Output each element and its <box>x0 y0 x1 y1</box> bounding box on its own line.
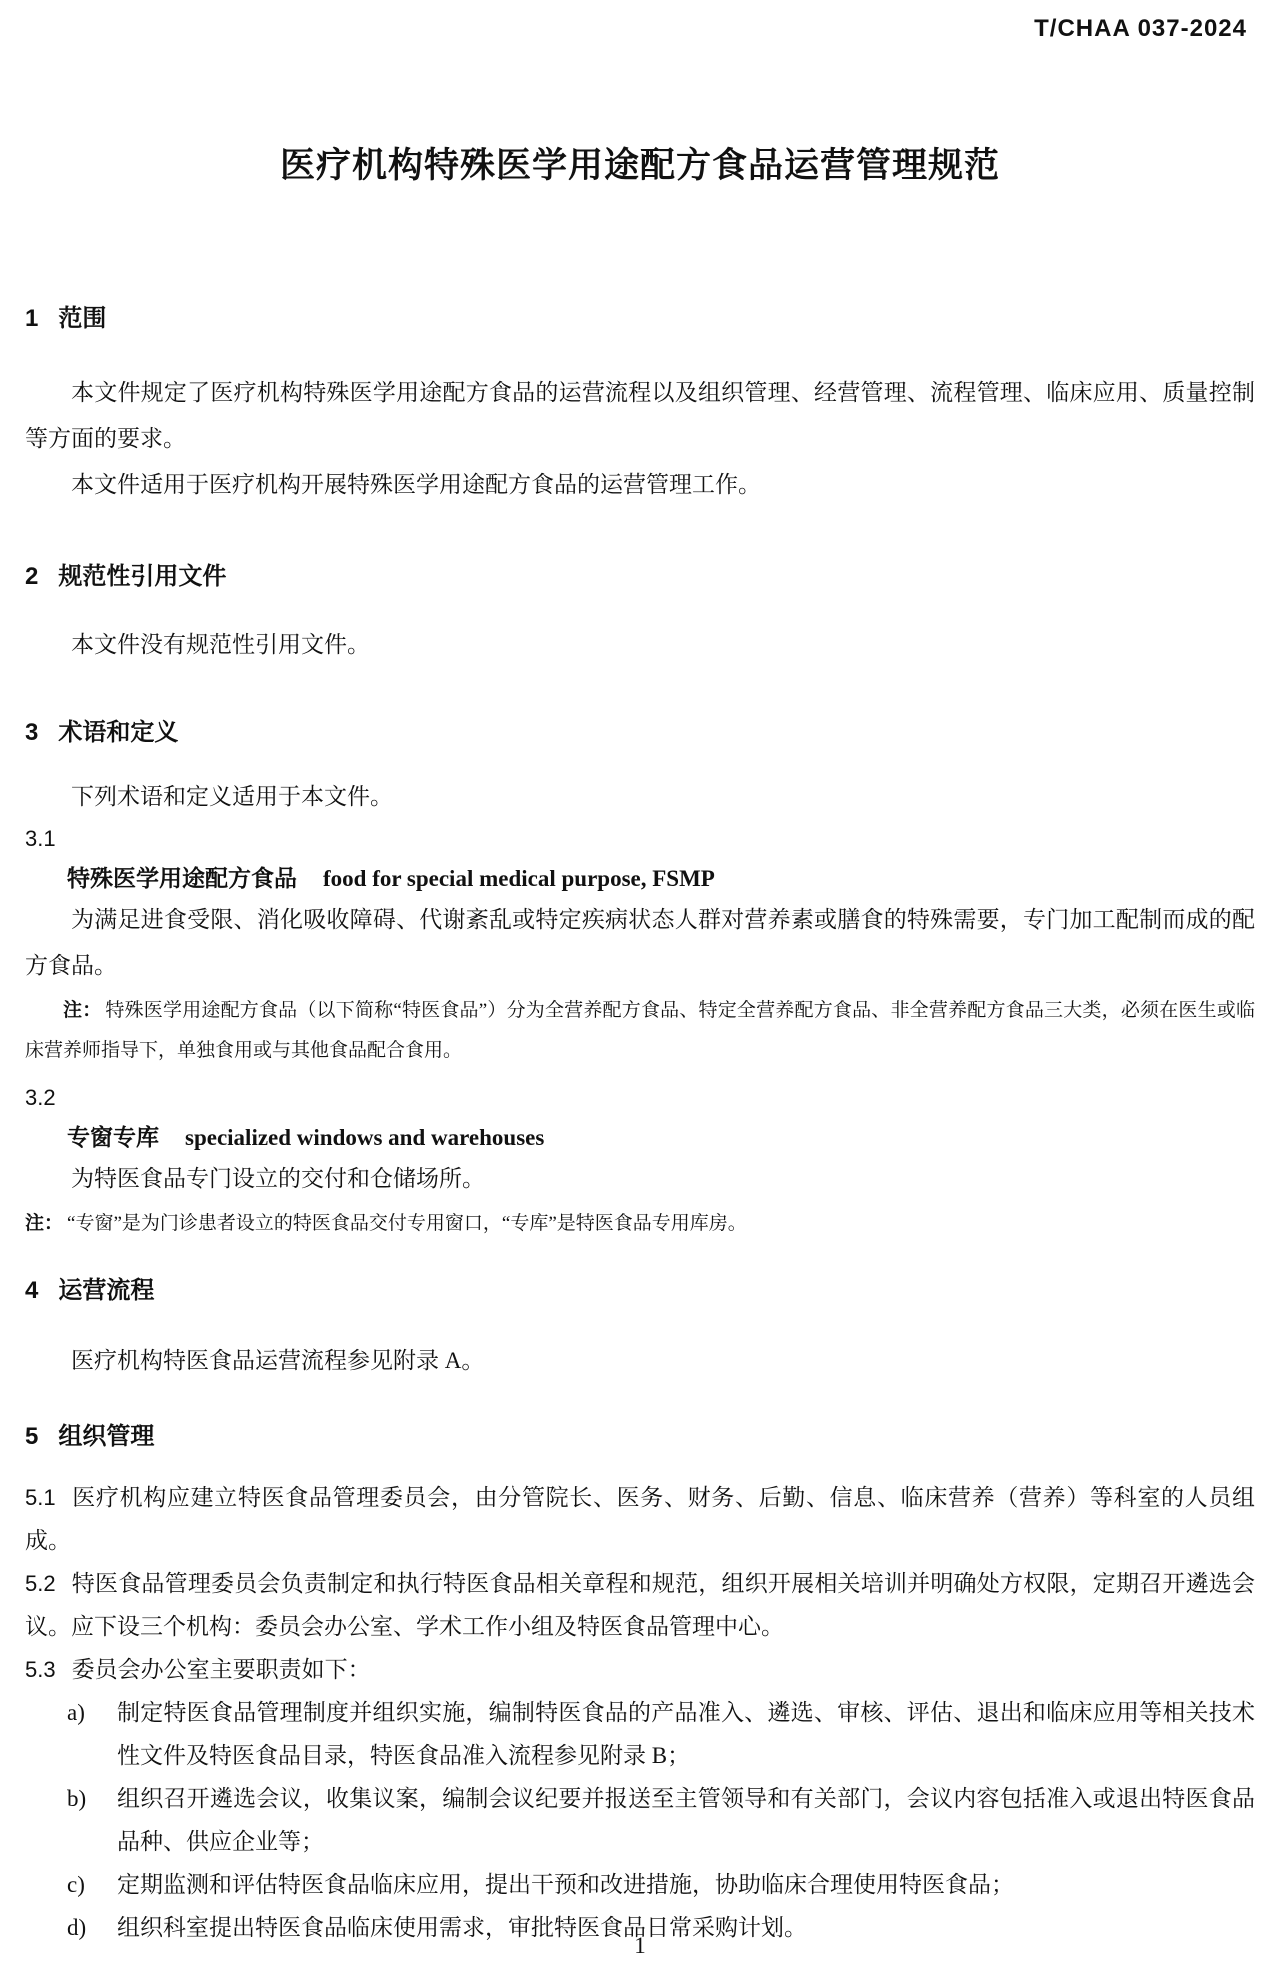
term-3-2-definition: 为特医食品专门设立的交付和仓储场所。 <box>25 1156 1255 1202</box>
section-5-heading: 5组织管理 <box>25 1420 1255 1454</box>
term-3-2-note-text: “专窗”是为门诊患者设立的特医食品交付专用窗口，“专库”是特医食品专用库房。 <box>67 1213 747 1234</box>
list-item-c: c) 定期监测和评估特医食品临床应用，提出干预和改进措施，协助临床合理使用特医食… <box>67 1863 1255 1906</box>
section-1-number: 1 <box>25 302 38 336</box>
term-3-2-number: 3.2 <box>25 1083 1255 1113</box>
clause-5-1-text: 医疗机构应建立特医食品管理委员会，由分管院长、医务、财务、后勤、信息、临床营养（… <box>25 1485 1255 1553</box>
clause-5-1-number: 5.1 <box>25 1485 56 1510</box>
term-3-1-note-label: 注： <box>63 1000 101 1021</box>
clause-5-3: 5.3委员会办公室主要职责如下： <box>25 1648 1255 1691</box>
list-item-b-text: 组织召开遴选会议，收集议案，编制会议纪要并报送至主管领导和有关部门，会议内容包括… <box>117 1777 1255 1863</box>
doc-code: T/CHAA 037-2024 <box>25 12 1255 46</box>
term-3-2-note: 注：“专窗”是为门诊患者设立的特医食品交付专用窗口，“专库”是特医食品专用库房。 <box>25 1204 1255 1244</box>
section-1-heading: 1范围 <box>25 302 1255 336</box>
section-5-number: 5 <box>25 1420 38 1454</box>
section-2-heading: 2规范性引用文件 <box>25 560 1255 594</box>
term-3-1-note: 注：特殊医学用途配方食品（以下简称“特医食品”）分为全营养配方食品、特定全营养配… <box>25 991 1255 1071</box>
clause-5-3-text: 委员会办公室主要职责如下： <box>72 1657 371 1682</box>
section-3-number: 3 <box>25 716 38 750</box>
term-3-2-zh: 专窗专库 <box>67 1124 159 1150</box>
section-5-title: 组织管理 <box>58 1423 154 1450</box>
clause-5-2: 5.2特医食品管理委员会负责制定和执行特医食品相关章程和规范，组织开展相关培训并… <box>25 1562 1255 1648</box>
list-item-c-label: c) <box>67 1863 117 1906</box>
section-3-intro: 下列术语和定义适用于本文件。 <box>25 774 1255 820</box>
page-number: 1 <box>0 1932 1280 1960</box>
section-4-title: 运营流程 <box>58 1277 154 1304</box>
section-3-heading: 3术语和定义 <box>25 716 1255 750</box>
clause-5-2-number: 5.2 <box>25 1571 56 1596</box>
term-3-2-line: 专窗专库specialized windows and warehouses <box>67 1119 1255 1156</box>
section-4-paragraph-1: 医疗机构特医食品运营流程参见附录 A。 <box>25 1338 1255 1384</box>
term-3-1-number: 3.1 <box>25 824 1255 854</box>
list-item-a-label: a) <box>67 1691 117 1777</box>
section-1-title: 范围 <box>58 305 106 332</box>
term-3-1-en: food for special medical purpose, FSMP <box>323 866 715 891</box>
term-3-1-note-text: 特殊医学用途配方食品（以下简称“特医食品”）分为全营养配方食品、特定全营养配方食… <box>25 1000 1255 1061</box>
section-1-paragraph-2: 本文件适用于医疗机构开展特殊医学用途配方食品的运营管理工作。 <box>25 462 1255 508</box>
term-3-2-en: specialized windows and warehouses <box>185 1125 544 1150</box>
section-4-heading: 4运营流程 <box>25 1274 1255 1308</box>
section-5: 5组织管理 5.1医疗机构应建立特医食品管理委员会，由分管院长、医务、财务、后勤… <box>25 1420 1255 1949</box>
clause-5-3-number: 5.3 <box>25 1657 56 1682</box>
section-3-title: 术语和定义 <box>58 719 178 746</box>
term-3-1-line: 特殊医学用途配方食品food for special medical purpo… <box>67 860 1255 897</box>
clause-5-3-list: a) 制定特医食品管理制度并组织实施，编制特医食品的产品准入、遴选、审核、评估、… <box>67 1691 1255 1949</box>
section-2-number: 2 <box>25 560 38 594</box>
list-item-a-text: 制定特医食品管理制度并组织实施，编制特医食品的产品准入、遴选、审核、评估、退出和… <box>117 1691 1255 1777</box>
list-item-b: b) 组织召开遴选会议，收集议案，编制会议纪要并报送至主管领导和有关部门，会议内… <box>67 1777 1255 1863</box>
list-item-b-label: b) <box>67 1777 117 1863</box>
term-3-1-zh: 特殊医学用途配方食品 <box>67 865 297 891</box>
term-3-1-definition: 为满足进食受限、消化吸收障碍、代谢紊乱或特定疾病状态人群对营养素或膳食的特殊需要… <box>25 897 1255 989</box>
document-page: T/CHAA 037-2024 医疗机构特殊医学用途配方食品运营管理规范 1范围… <box>0 0 1280 1972</box>
section-2-title: 规范性引用文件 <box>58 563 226 590</box>
list-item-a: a) 制定特医食品管理制度并组织实施，编制特医食品的产品准入、遴选、审核、评估、… <box>67 1691 1255 1777</box>
list-item-c-text: 定期监测和评估特医食品临床应用，提出干预和改进措施，协助临床合理使用特医食品； <box>117 1863 1255 1906</box>
clause-5-1: 5.1医疗机构应建立特医食品管理委员会，由分管院长、医务、财务、后勤、信息、临床… <box>25 1476 1255 1562</box>
term-3-2-note-label: 注： <box>25 1213 63 1234</box>
section-2-paragraph-1: 本文件没有规范性引用文件。 <box>25 622 1255 668</box>
section-4-number: 4 <box>25 1274 38 1308</box>
document-title: 医疗机构特殊医学用途配方食品运营管理规范 <box>25 142 1255 190</box>
section-1-paragraph-1: 本文件规定了医疗机构特殊医学用途配方食品的运营流程以及组织管理、经营管理、流程管… <box>25 370 1255 462</box>
clause-5-2-text: 特医食品管理委员会负责制定和执行特医食品相关章程和规范，组织开展相关培训并明确处… <box>25 1571 1255 1639</box>
